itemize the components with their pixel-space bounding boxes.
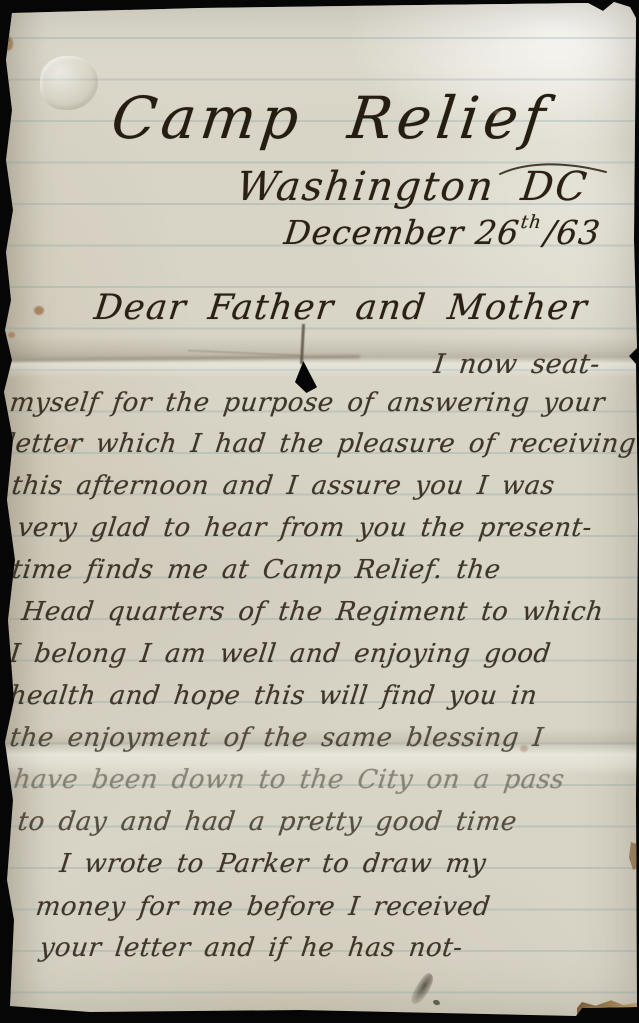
- salutation: Dear Father and Mother: [92, 288, 590, 328]
- letter-line: to day and had a pretty good time: [16, 807, 519, 837]
- letter-line: have been down to the City on a pass: [12, 765, 566, 795]
- letterhead-date: December 26th/63: [282, 213, 603, 252]
- foxing-spot: [34, 306, 44, 315]
- letterhead-city: Washington DC: [234, 164, 591, 210]
- letter-line: Head quarters of the Regiment to which: [20, 597, 605, 627]
- letter-line: I wrote to Parker to draw my: [58, 849, 488, 879]
- letter-line: health and hope this will find you in: [8, 681, 539, 711]
- date-day: December 26: [282, 213, 522, 252]
- letterhead-camp: Camp Relief: [108, 84, 554, 152]
- letter-line: I belong I am well and enjoying good: [8, 639, 553, 669]
- letter-line: letter which I had the pleasure of recei…: [5, 429, 638, 459]
- foxing-spot: [8, 332, 15, 338]
- letter-line: very glad to hear from you the present-: [16, 513, 594, 543]
- foxing-spot: [2, 36, 13, 51]
- letter-line: this afternoon and I assure you I was: [10, 471, 556, 501]
- date-superscript: th: [520, 212, 544, 233]
- date-year: /63: [542, 213, 603, 252]
- letter-line: your letter and if he has not-: [38, 933, 464, 963]
- letter-line: time finds me at Camp Relief. the: [10, 555, 502, 585]
- letter-line: the enjoyment of the same blessing I: [8, 723, 545, 753]
- scan-background: Camp Relief Washington DC December 26th/…: [0, 0, 639, 1023]
- opening-fragment: I now seat-: [432, 349, 602, 380]
- foxing-spot: [66, 444, 72, 450]
- foxing-spot: [494, 110, 500, 115]
- foxing-spot: [520, 745, 528, 752]
- letter-line: money for me before I received: [34, 892, 492, 922]
- letter-page: Camp Relief Washington DC December 26th/…: [0, 0, 639, 1023]
